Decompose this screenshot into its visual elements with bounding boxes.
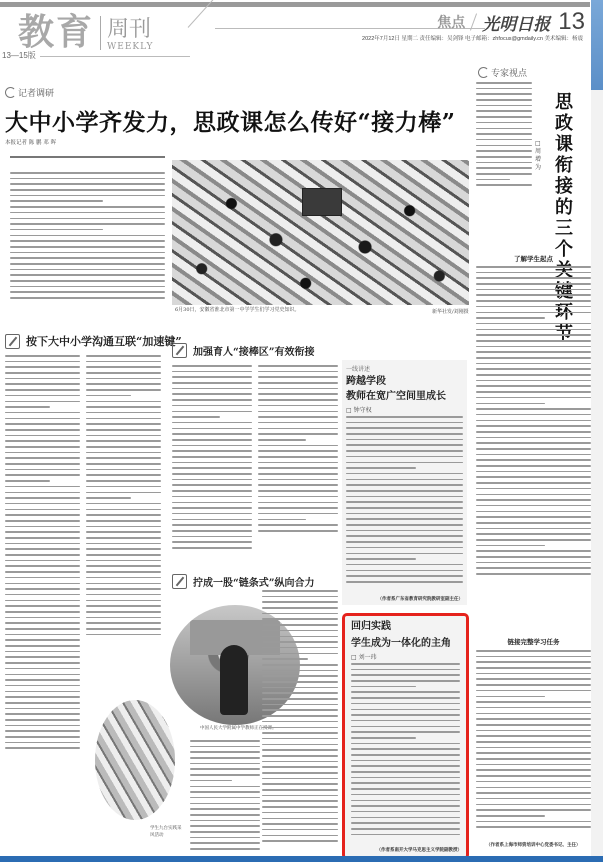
section-title: 教育 <box>18 12 94 52</box>
highlighted-article-box[interactable]: 回归实践 学生成为一体化的主角 □ 刘一玮 （作者系南开大学马克思主义学院副教授… <box>342 613 469 860</box>
expert-intro-text <box>476 82 532 194</box>
weekly-label: WEEKLY <box>107 42 153 52</box>
masthead-rule <box>40 56 190 57</box>
expert-source: （作者系上海市师资培训中心党委书记、主任） <box>486 842 581 848</box>
section-3-text-col-1 <box>190 740 260 858</box>
reporter-tag: 记者调研 <box>5 86 54 99</box>
expert-subhead-1: 了解学生起点 <box>476 254 591 263</box>
edition-range: 13—15版 <box>2 50 36 61</box>
viewer-edge-lower <box>591 90 603 862</box>
highlighted-title-line-1[interactable]: 回归实践 <box>345 616 466 633</box>
sidebar-title-line-2[interactable]: 教师在宽广空间里成长 <box>342 388 467 403</box>
note-pen-icon <box>5 334 20 349</box>
main-headline[interactable]: 大中小学齐发力，思政课怎么传好“接力棒” <box>5 104 455 137</box>
section-heading-2-label: 加强育人“接棒区”有效衔接 <box>193 343 315 358</box>
paper-masthead: 焦点 光明日报 13 <box>437 8 585 36</box>
front-line-sidebar: 一线讲述 跨越学段 教师在宽广空间里成长 □ 钟守权 （作者系广东省教育研究院教… <box>342 360 467 605</box>
expert-view-tag-label: 专家视点 <box>491 66 527 79</box>
top-rule <box>0 2 590 7</box>
section-heading-3-label: 拧成一股“链条式”纵向合力 <box>193 574 315 589</box>
article-intro-text <box>10 156 165 306</box>
photo-caption: 6月30日，安徽省淮北市第一中学学生们学习党史知识。 <box>175 306 300 313</box>
photo-teacher-figure <box>220 645 248 715</box>
masthead-slash <box>470 13 477 30</box>
sidebar-body-text <box>342 416 467 594</box>
expert-subhead-2: 链接完整学习任务 <box>476 637 591 646</box>
viewer-bottom-bar <box>0 856 603 862</box>
section-heading-2: 加强育人“接棒区”有效衔接 <box>172 343 315 358</box>
sidebar-kicker: 一线讲述 <box>342 360 467 373</box>
reporter-tag-label: 记者调研 <box>18 86 54 99</box>
note-pen-icon <box>172 574 187 589</box>
expert-author: □ 周增为 <box>535 140 545 172</box>
sidebar-author: □ 钟守权 <box>342 403 467 416</box>
section-heading-1-label: 按下大中小学沟通互联“加速键” <box>26 333 182 349</box>
expert-body-text-2 <box>476 650 591 835</box>
page-number: 13 <box>558 8 585 36</box>
section-3-text-col-2 <box>262 590 338 858</box>
highlighted-author: □ 刘一玮 <box>345 650 466 663</box>
photo-flag <box>302 188 342 216</box>
highlighted-title-line-2[interactable]: 学生成为一体化的主角 <box>345 633 466 650</box>
dateline: 2022年7月12日 星期二 责任编辑：吴剑锋 电子邮箱：zhfocus@gmd… <box>362 34 583 42</box>
photo-credit: 新华社发/刘刚摄 <box>432 308 469 315</box>
column-title: 周刊 <box>107 18 153 42</box>
photo-students-outdoor <box>95 700 175 820</box>
section-1-text-col-1 <box>5 355 80 780</box>
note-pen-icon <box>172 343 187 358</box>
sidebar-source: （作者系广东省教育研究院教研室副主任） <box>342 596 467 602</box>
section-heading-3: 拧成一股“链条式”纵向合力 <box>172 574 315 589</box>
section-2-text-col-2 <box>258 365 338 545</box>
g-logo-icon <box>5 87 16 98</box>
masthead-divider <box>100 16 101 50</box>
paper-logo: 光明日报 <box>482 10 550 35</box>
small-photo-caption: 学生九台实践采风活动 <box>150 825 185 839</box>
highlighted-source: （作者系南开大学马克思主义学院副教授） <box>345 847 466 853</box>
section-masthead: 教育 周刊 WEEKLY <box>18 12 153 52</box>
section-1-text-col-2 <box>86 355 161 670</box>
g-logo-icon <box>478 67 489 78</box>
section-heading-1: 按下大中小学沟通互联“加速键” <box>5 333 182 349</box>
highlighted-body-text <box>345 663 466 845</box>
expert-body-text-1 <box>476 266 591 594</box>
focus-label: 焦点 <box>437 12 465 32</box>
section-2-text-col-1 <box>172 365 252 560</box>
main-photo-students <box>172 160 469 305</box>
sidebar-title-line-1[interactable]: 跨越学段 <box>342 373 467 388</box>
viewer-edge <box>591 0 603 90</box>
expert-view-tag: 专家视点 <box>478 66 527 79</box>
byline: 本报记者 陈 鹏 邓 晖 <box>5 138 56 146</box>
